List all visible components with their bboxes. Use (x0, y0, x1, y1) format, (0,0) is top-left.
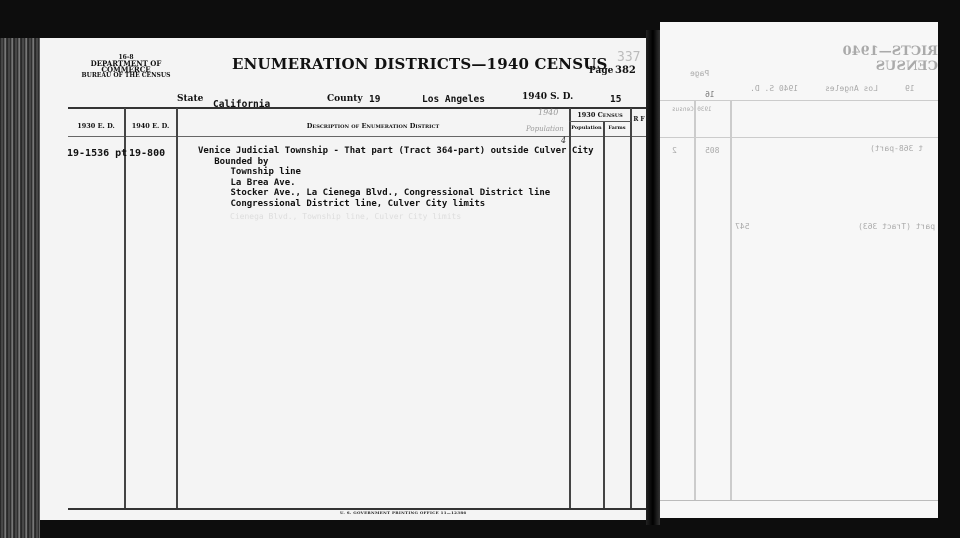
facing-row-text-content: t 368-part) (870, 144, 923, 153)
sd-value: 15 (610, 94, 621, 105)
facing-row-value: 2 (672, 146, 677, 155)
facing-column-divider (730, 100, 732, 500)
facing-row-text: part (Tract 363) (858, 222, 935, 231)
facing-page-label: Page (690, 69, 709, 78)
census-subheader-rule (569, 121, 631, 122)
facing-title-text: RICTS—1940 CENSUS (780, 44, 938, 74)
handwritten-population: Population (526, 125, 564, 133)
description-line: Congressional District line, Culver City… (198, 199, 594, 210)
facing-column-divider (694, 100, 696, 500)
col-header-farms: Farms (604, 125, 630, 131)
page-number: 382 (615, 65, 636, 76)
header-rule (68, 107, 648, 109)
handwritten-year: 1940 (538, 108, 558, 117)
facing-row-text-content: part (Tract 363) (858, 222, 935, 231)
col-header-population: Population (570, 125, 603, 131)
facing-header-rule (660, 100, 938, 101)
page-title: ENUMERATION DISTRICTS—1940 CENSUS (232, 55, 608, 73)
description-line: Stocker Ave., La Cienega Blvd., Congress… (198, 188, 594, 199)
col-header-description: Description of Enumeration District (178, 122, 568, 130)
facing-page: RICTS—1940 CENSUS Page 19 Los Angeles 19… (660, 22, 938, 518)
row-1930-ed: 19-1536 pt (67, 148, 127, 159)
bureau-name: BUREAU OF THE CENSUS (66, 73, 186, 79)
facing-census-label-text: 1930 Census (672, 106, 712, 113)
description-line: La Brea Ave. (198, 178, 594, 189)
facing-county-number-text: 19 (905, 84, 915, 93)
page-label: Page (589, 66, 613, 76)
facing-row-value: 547 (735, 222, 749, 231)
column-divider (630, 108, 632, 508)
facing-county-number: 19 (905, 84, 915, 93)
column-divider (603, 121, 605, 508)
column-divider (124, 108, 126, 508)
facing-row-value: 805 (705, 146, 719, 155)
facing-census-label: 1930 Census (672, 106, 712, 113)
col-header-1940-ed: 1940 E. D. (125, 122, 176, 130)
page-stamp: 337 (617, 50, 640, 65)
col-header-extra: R F (633, 116, 645, 123)
district-description: Venice Judicial Township - That part (Tr… (198, 146, 594, 209)
department-header: 16-8 DEPARTMENT OF COMMERCE BUREAU OF TH… (66, 55, 186, 79)
handwritten-value: 4 (561, 136, 566, 145)
book-binding (0, 38, 40, 538)
facing-sd-label: 1940 S. D. (750, 84, 798, 93)
census-form-page: 16-8 DEPARTMENT OF COMMERCE BUREAU OF TH… (40, 38, 648, 520)
facing-sd-value-text: 16 (705, 90, 715, 99)
facing-title: RICTS—1940 CENSUS (780, 44, 938, 74)
printing-office-footer: U. S. GOVERNMENT PRINTING OFFICE 11—1238… (340, 510, 467, 515)
facing-county-name-text: Los Angeles (825, 84, 878, 93)
facing-sd-label-text: 1940 S. D. (750, 84, 798, 93)
state-label: State (177, 94, 203, 104)
facing-row-value-text: 2 (672, 146, 677, 155)
facing-sd-value: 16 (705, 90, 715, 99)
col-header-1930-census: 1930 Census (570, 111, 630, 119)
facing-county-name: Los Angeles (825, 84, 878, 93)
facing-row-value-text: 547 (735, 222, 749, 231)
county-name: Los Angeles (422, 94, 485, 105)
county-number: 19 (369, 94, 380, 105)
column-divider (176, 108, 178, 508)
county-label: County (327, 94, 363, 104)
row-1940-ed: 19-800 (129, 148, 165, 159)
sd-label: 1940 S. D. (522, 92, 573, 102)
description-line: Township line (198, 167, 594, 178)
facing-row-text: t 368-part) (870, 144, 923, 153)
col-header-1930-ed: 1930 E. D. (68, 122, 124, 130)
facing-column-rule (660, 137, 938, 138)
description-line: Bounded by (198, 157, 594, 168)
facing-row-value-text: 805 (705, 146, 719, 155)
bleed-through-text: Cienega Blvd., Township line, Culver Cit… (230, 212, 461, 221)
facing-page-label-text: Page (690, 69, 709, 78)
description-line: Venice Judicial Township - That part (Tr… (198, 146, 594, 157)
page-gutter (646, 30, 660, 525)
facing-footer-rule (660, 500, 938, 501)
